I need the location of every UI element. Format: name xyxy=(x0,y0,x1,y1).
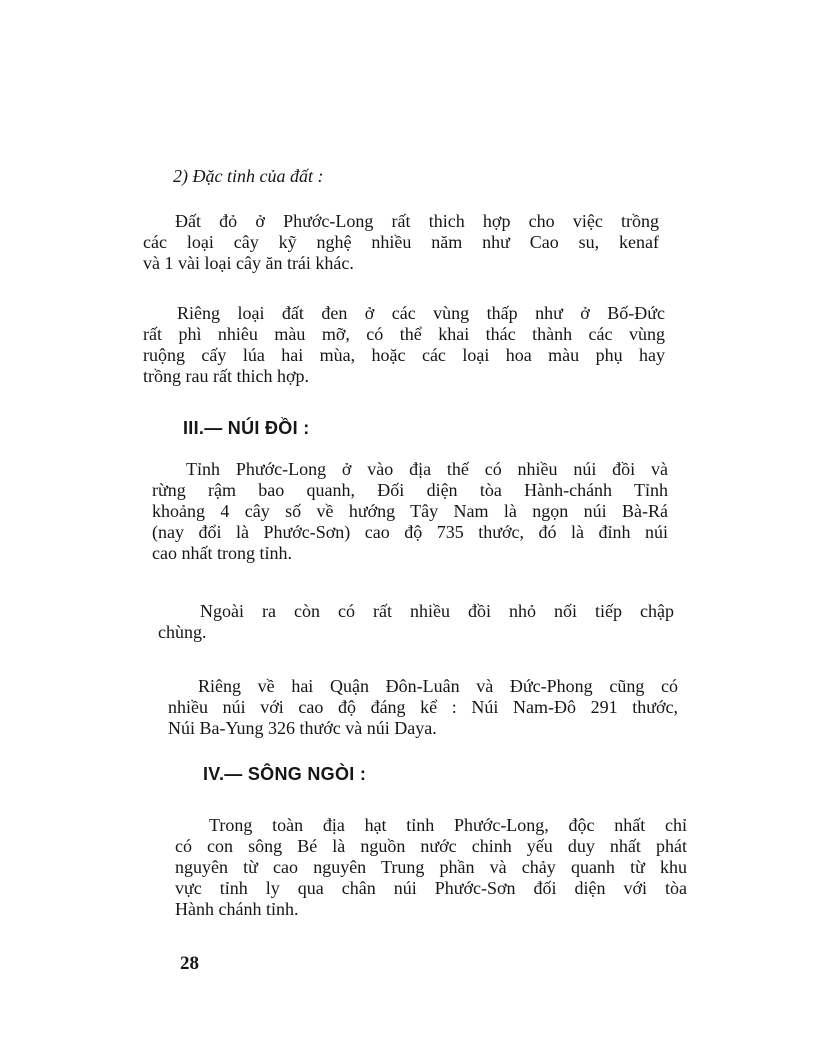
page-number: 28 xyxy=(180,953,199,975)
text-line: nhiều núi với cao độ đáng kể : Núi Nam-Đ… xyxy=(168,697,678,718)
subsection-heading: 2) Đặc tinh của đất : xyxy=(173,166,323,187)
paragraph-soil-black: Riêng loại đất đen ở các vùng thấp như ở… xyxy=(143,303,665,387)
text-line: Riêng loại đất đen ở các vùng thấp như ở… xyxy=(143,303,665,324)
text-line: có con sông Bé là nguồn nước chinh yếu d… xyxy=(175,836,687,857)
text-line: trồng rau rất thich hợp. xyxy=(143,366,665,387)
paragraph-rivers: Trong toàn địa hạt tỉnh Phước-Long, độc … xyxy=(175,815,687,920)
paragraph-mountains: Tỉnh Phước-Long ở vào địa thế có nhiều n… xyxy=(152,459,668,564)
text-line: khoảng 4 cây số về hướng Tây Nam là ngọn… xyxy=(152,501,668,522)
text-line: các loại cây kỹ nghệ nhiều năm như Cao s… xyxy=(143,232,659,253)
text-line: Trong toàn địa hạt tỉnh Phước-Long, độc … xyxy=(175,815,687,836)
text-line: Đất đỏ ở Phước-Long rất thich hợp cho vi… xyxy=(143,211,659,232)
text-line: rất phì nhiêu màu mỡ, có thể khai thác t… xyxy=(143,324,665,345)
text-line: Ngoài ra còn có rất nhiều đồi nhỏ nối ti… xyxy=(158,601,674,622)
document-page: 2) Đặc tinh của đất : Đất đỏ ở Phước-Lon… xyxy=(0,0,816,1056)
text-line: rừng rậm bao quanh, Đối diện tòa Hành-ch… xyxy=(152,480,668,501)
paragraph-soil-red: Đất đỏ ở Phước-Long rất thich hợp cho vi… xyxy=(143,211,659,274)
section-heading-mountains: III.— NÚI ĐỒI : xyxy=(183,418,310,439)
text-line: vực tỉnh ly qua chân núi Phước-Sơn đối d… xyxy=(175,878,687,899)
text-line: Riêng về hai Quận Đôn-Luân và Đức-Phong … xyxy=(168,676,678,697)
text-line: Hành chánh tỉnh. xyxy=(175,899,687,920)
paragraph-hills: Ngoài ra còn có rất nhiều đồi nhỏ nối ti… xyxy=(158,601,674,643)
text-line: Núi Ba-Yung 326 thước và núi Daya. xyxy=(168,718,678,739)
paragraph-districts: Riêng về hai Quận Đôn-Luân và Đức-Phong … xyxy=(168,676,678,739)
text-line: nguyên từ cao nguyên Trung phần và chảy … xyxy=(175,857,687,878)
text-line: ruộng cấy lúa hai mùa, hoặc các loại hoa… xyxy=(143,345,665,366)
text-line: (nay đổi là Phước-Sơn) cao độ 735 thước,… xyxy=(152,522,668,543)
text-line: cao nhất trong tỉnh. xyxy=(152,543,668,564)
text-line: chùng. xyxy=(158,622,674,643)
text-line: và 1 vài loại cây ăn trái khác. xyxy=(143,253,659,274)
section-heading-rivers: IV.— SÔNG NGÒI : xyxy=(203,764,366,785)
text-line: Tỉnh Phước-Long ở vào địa thế có nhiều n… xyxy=(152,459,668,480)
